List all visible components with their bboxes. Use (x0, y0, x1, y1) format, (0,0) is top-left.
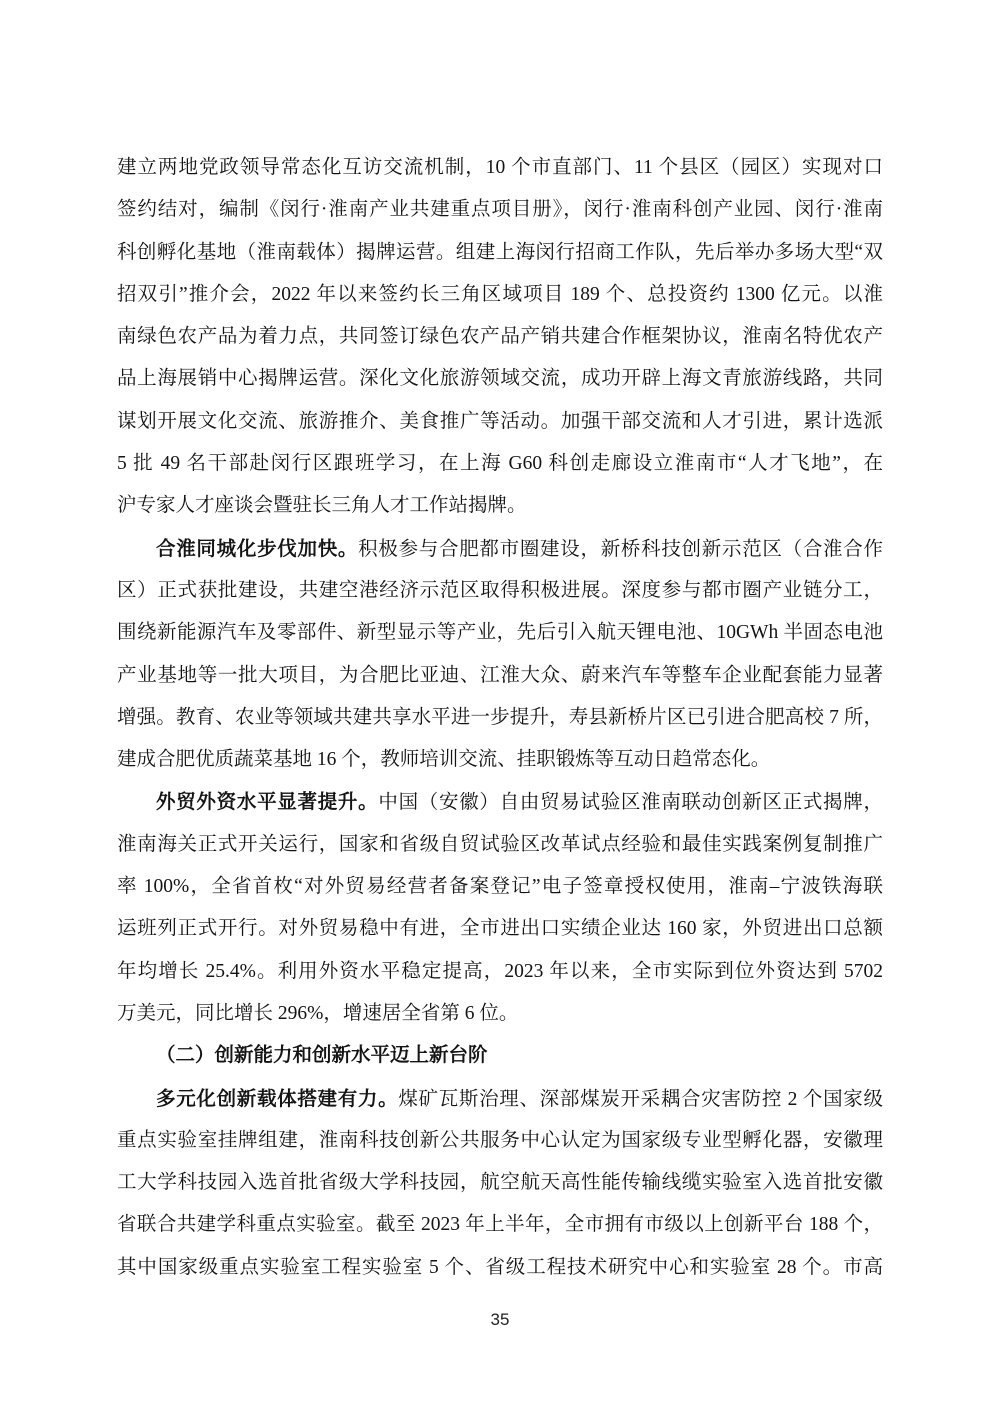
text-line: 谋划开展文化交流、旅游推介、美食推广等活动。加强干部交流和人才引进，累计选派 (117, 401, 883, 443)
line-text: 率 100%，全省首枚“对外贸易经营者备案登记”电子签章授权使用，淮南–宁波铁海… (117, 876, 883, 897)
paragraph-lead: 合淮同城化步伐加快。 (156, 538, 358, 560)
line-text: 5 批 49 名干部赴闵行区跟班学习，在上海 G60 科创走廊设立淮南市“人才飞… (117, 453, 883, 474)
line-text: 科创孵化基地（淮南载体）揭牌运营。组建上海闵行招商工作队，先后举办多场大型“双 (117, 242, 883, 263)
text-line: 建成合肥优质蔬菜基地 16 个，教师培训交流、挂职锻炼等互动日趋常态化。 (117, 739, 883, 781)
text-line: 品上海展销中心揭牌运营。深化文化旅游领域交流，成功开辟上海文青旅游线路，共同 (117, 358, 883, 400)
text-line: 年均增长 25.4%。利用外资水平稳定提高，2023 年以来，全市实际到位外资达… (117, 951, 883, 993)
text-line: 沪专家人才座谈会暨驻长三角人才工作站揭牌。 (117, 485, 883, 527)
text-line: 签约结对，编制《闵行·淮南产业共建重点项目册》，闵行·淮南科创产业园、闵行·淮南 (117, 189, 883, 231)
line-text: 南绿色农产品为着力点，共同签订绿色农产品产销共建合作框架协议，淮南名特优农产 (117, 326, 883, 347)
line-text: 其中国家级重点实验室工程实验室 5 个、省级工程技术研究中心和实验室 28 个。… (117, 1257, 883, 1278)
line-text: 区）正式获批建设，共建空港经济示范区取得积极进展。深度参与都市圈产业链分工， (117, 580, 883, 601)
paragraph-lead: 多元化创新载体搭建有力。 (156, 1088, 398, 1110)
text-line: 科创孵化基地（淮南载体）揭牌运营。组建上海闵行招商工作队，先后举办多场大型“双 (117, 232, 883, 274)
text-line: 招双引”推介会，2022 年以来签约长三角区域项目 189 个、总投资约 130… (117, 274, 883, 316)
text-line: 建立两地党政领导常态化互访交流机制，10 个市直部门、11 个县区（园区）实现对… (117, 147, 883, 189)
text-line: 外贸外资水平显著提升。中国（安徽）自由贸易试验区淮南联动创新区正式揭牌， (117, 781, 883, 823)
line-text: 淮南海关正式开关运行，国家和省级自贸试验区改革试点经验和最佳实践案例复制推广 (117, 834, 883, 855)
line-text: 年均增长 25.4%。利用外资水平稳定提高，2023 年以来，全市实际到位外资达… (117, 961, 883, 982)
line-text: 建成合肥优质蔬菜基地 16 个，教师培训交流、挂职锻炼等互动日趋常态化。 (117, 749, 770, 770)
line-text: 重点实验室挂牌组建，淮南科技创新公共服务中心认定为国家级专业型孵化器，安徽理 (117, 1130, 883, 1151)
text-line: 增强。教育、农业等领域共建共享水平进一步提升，寿县新桥片区已引进合肥高校 7 所… (117, 697, 883, 739)
section-heading: （二）创新能力和创新水平迈上新台阶 (117, 1035, 883, 1077)
line-text: 中国（安徽）自由贸易试验区淮南联动创新区正式揭牌， (378, 792, 883, 813)
line-text: 工大学科技园入选首批省级大学科技园，航空航天高性能传输线缆实验室入选首批安徽 (117, 1172, 883, 1193)
line-text: 运班列正式开行。对外贸易稳中有进，全市进出口实绩企业达 160 家，外贸进出口总… (117, 918, 883, 939)
text-line: 南绿色农产品为着力点，共同签订绿色农产品产销共建合作框架协议，淮南名特优农产 (117, 316, 883, 358)
line-text: 建立两地党政领导常态化互访交流机制，10 个市直部门、11 个县区（园区）实现对… (117, 157, 883, 178)
line-text: 品上海展销中心揭牌运营。深化文化旅游领域交流，成功开辟上海文青旅游线路，共同 (117, 368, 883, 389)
paragraph-lead: 外贸外资水平显著提升。 (156, 791, 378, 813)
line-text: 万美元，同比增长 296%，增速居全省第 6 位。 (117, 1003, 518, 1024)
text-line: 围绕新能源汽车及零部件、新型显示等产业，先后引入航天锂电池、10GWh 半固态电… (117, 612, 883, 654)
page-number: 35 (0, 1310, 1000, 1330)
text-line: 运班列正式开行。对外贸易稳中有进，全市进出口实绩企业达 160 家，外贸进出口总… (117, 908, 883, 950)
line-text: （二）创新能力和创新水平迈上新台阶 (156, 1045, 488, 1066)
line-text: 沪专家人才座谈会暨驻长三角人才工作站揭牌。 (117, 495, 527, 516)
text-line: 万美元，同比增长 296%，增速居全省第 6 位。 (117, 993, 883, 1035)
text-line: 其中国家级重点实验室工程实验室 5 个、省级工程技术研究中心和实验室 28 个。… (117, 1247, 883, 1289)
line-text: 增强。教育、农业等领域共建共享水平进一步提升，寿县新桥片区已引进合肥高校 7 所… (117, 707, 883, 728)
text-line: 产业基地等一批大项目，为合肥比亚迪、江淮大众、蔚来汽车等整车企业配套能力显著 (117, 655, 883, 697)
text-line: 5 批 49 名干部赴闵行区跟班学习，在上海 G60 科创走廊设立淮南市“人才飞… (117, 443, 883, 485)
line-text: 积极参与合肥都市圈建设，新桥科技创新示范区（合淮合作 (358, 539, 883, 560)
line-text: 产业基地等一批大项目，为合肥比亚迪、江淮大众、蔚来汽车等整车企业配套能力显著 (117, 665, 883, 686)
line-text: 谋划开展文化交流、旅游推介、美食推广等活动。加强干部交流和人才引进，累计选派 (117, 411, 883, 432)
line-text: 签约结对，编制《闵行·淮南产业共建重点项目册》，闵行·淮南科创产业园、闵行·淮南 (117, 199, 883, 220)
text-line: 淮南海关正式开关运行，国家和省级自贸试验区改革试点经验和最佳实践案例复制推广 (117, 824, 883, 866)
line-text: 围绕新能源汽车及零部件、新型显示等产业，先后引入航天锂电池、10GWh 半固态电… (117, 622, 883, 643)
page-body: 建立两地党政领导常态化互访交流机制，10 个市直部门、11 个县区（园区）实现对… (117, 147, 883, 1289)
text-line: 合淮同城化步伐加快。积极参与合肥都市圈建设，新桥科技创新示范区（合淮合作 (117, 528, 883, 570)
text-line: 多元化创新载体搭建有力。煤矿瓦斯治理、深部煤炭开采耦合灾害防控 2 个国家级 (117, 1078, 883, 1120)
text-line: 重点实验室挂牌组建，淮南科技创新公共服务中心认定为国家级专业型孵化器，安徽理 (117, 1120, 883, 1162)
text-line: 区）正式获批建设，共建空港经济示范区取得积极进展。深度参与都市圈产业链分工， (117, 570, 883, 612)
text-line: 工大学科技园入选首批省级大学科技园，航空航天高性能传输线缆实验室入选首批安徽 (117, 1162, 883, 1204)
line-text: 招双引”推介会，2022 年以来签约长三角区域项目 189 个、总投资约 130… (117, 284, 883, 305)
line-text: 煤矿瓦斯治理、深部煤炭开采耦合灾害防控 2 个国家级 (398, 1089, 883, 1110)
text-line: 省联合共建学科重点实验室。截至 2023 年上半年，全市拥有市级以上创新平台 1… (117, 1204, 883, 1246)
document-page: 建立两地党政领导常态化互访交流机制，10 个市直部门、11 个县区（园区）实现对… (0, 0, 1000, 1415)
line-text: 省联合共建学科重点实验室。截至 2023 年上半年，全市拥有市级以上创新平台 1… (117, 1214, 883, 1235)
text-line: 率 100%，全省首枚“对外贸易经营者备案登记”电子签章授权使用，淮南–宁波铁海… (117, 866, 883, 908)
